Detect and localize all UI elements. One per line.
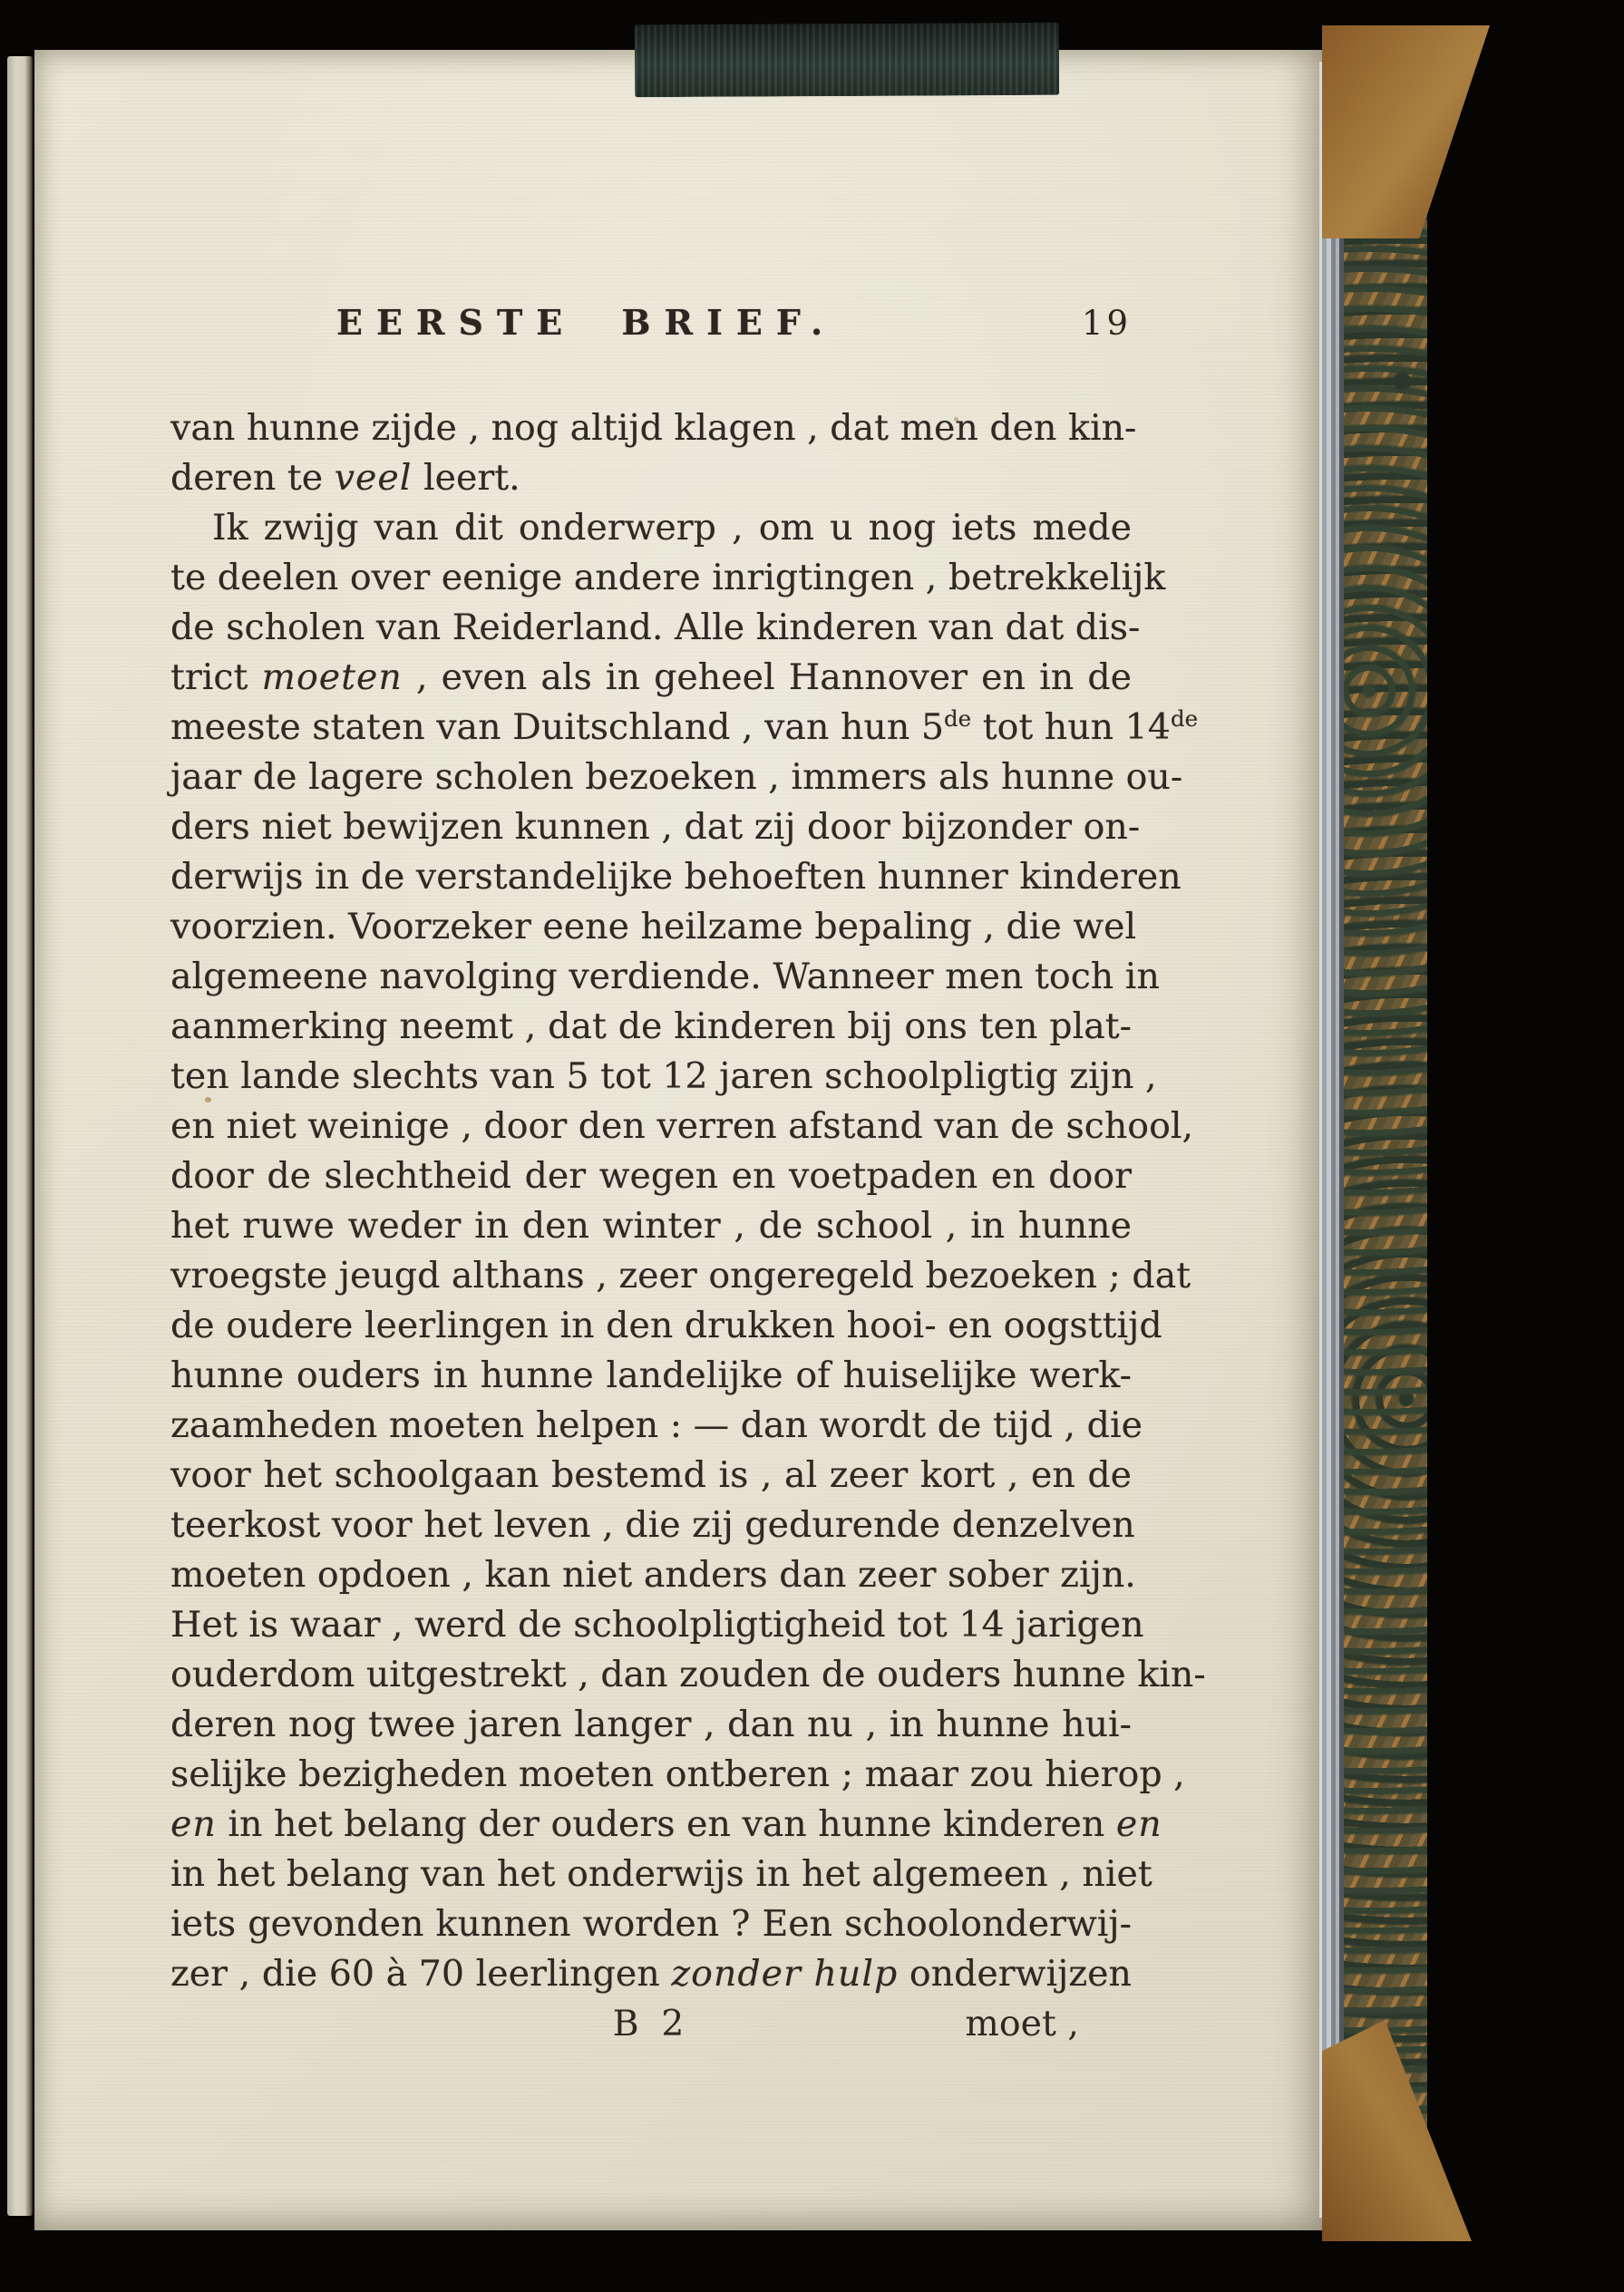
facing-page-edge (7, 56, 33, 2216)
text-line: deren te veel leert. (170, 453, 1132, 503)
running-header: EERSTE BRIEF. 19 (170, 302, 1132, 354)
text-line: iets gevonden kunnen worden ? Een school… (170, 1899, 1132, 1949)
text-line: selijke bezigheden moeten ontberen ; maa… (170, 1750, 1132, 1800)
leather-corner-bottom (1322, 2020, 1472, 2241)
text-line: deren nog twee jaren langer , dan nu , i… (170, 1700, 1132, 1750)
text-line: voorzien. Voorzeker eene heilzame bepali… (170, 902, 1132, 952)
text-line: trict moeten , even als in geheel Hannov… (170, 653, 1132, 703)
marbled-cover-edge (1344, 27, 1427, 2239)
text-line: derwijs in de verstandelijke behoeften h… (170, 852, 1132, 902)
text-line: zaamheden moeten helpen : — dan wordt de… (170, 1401, 1132, 1451)
binding-cloth-edge (635, 23, 1059, 97)
paper-speck (954, 417, 958, 422)
text-line: en in het belang der ouders en van hunne… (170, 1800, 1132, 1850)
text-line: door de slechtheid der wegen en voetpade… (170, 1151, 1132, 1201)
text-line: en niet weinige , door den verren afstan… (170, 1102, 1132, 1151)
text-line: de oudere leerlingen in den drukken hooi… (170, 1301, 1132, 1351)
book-page: EERSTE BRIEF. 19 van hunne zijde , nog a… (34, 50, 1322, 2230)
paper-speck (205, 1097, 211, 1102)
text-line: teerkost voor het leven , die zij gedure… (170, 1500, 1132, 1550)
text-line: algemeene navolging verdiende. Wanneer m… (170, 952, 1132, 1002)
text-line: meeste staten van Duitschland , van hun … (170, 703, 1132, 753)
text-line: in het belang van het onderwijs in het a… (170, 1850, 1132, 1899)
text-line: vroegste jeugd althans , zeer ongeregeld… (170, 1251, 1132, 1301)
body-text: van hunne zijde , nog altijd klagen , da… (170, 403, 1132, 1999)
text-line: aanmerking neemt , dat de kinderen bij o… (170, 1002, 1132, 1052)
page-number: 19 (1082, 304, 1132, 343)
text-line: Ik zwijg van dit onderwerp , om u nog ie… (170, 503, 1132, 553)
text-line: het ruwe weder in den winter , de school… (170, 1201, 1132, 1251)
text-line: te deelen over eenige andere inrigtingen… (170, 553, 1132, 603)
catchword: moet , (965, 1999, 1079, 2049)
text-line: moeten opdoen , kan niet anders dan zeer… (170, 1550, 1132, 1600)
text-line: van hunne zijde , nog altijd klagen , da… (170, 403, 1132, 453)
book-scan: EERSTE BRIEF. 19 van hunne zijde , nog a… (0, 0, 1624, 2292)
text-line: ouderdom uitgestrekt , dan zouden de oud… (170, 1650, 1132, 1700)
signature-line: B 2 moet , (170, 1999, 1132, 2049)
text-line: jaar de lagere scholen bezoeken , immers… (170, 753, 1132, 802)
text-line: hunne ouders in hunne landelijke of huis… (170, 1351, 1132, 1401)
text-line: ten lande slechts van 5 tot 12 jaren sch… (170, 1052, 1132, 1102)
text-line: zer , die 60 à 70 leerlingen zonder hulp… (170, 1949, 1132, 1999)
text-line: ders niet bewijzen kunnen , dat zij door… (170, 802, 1132, 852)
leather-corner-top (1322, 25, 1490, 238)
chapter-title: EERSTE BRIEF. (336, 302, 836, 343)
paper-speck (335, 1919, 340, 1923)
page-edges (1319, 62, 1344, 2218)
text-line: voor het schoolgaan bestemd is , al zeer… (170, 1451, 1132, 1500)
text-line: Het is waar , werd de schoolpligtigheid … (170, 1600, 1132, 1650)
text-line: de scholen van Reiderland. Alle kinderen… (170, 603, 1132, 653)
